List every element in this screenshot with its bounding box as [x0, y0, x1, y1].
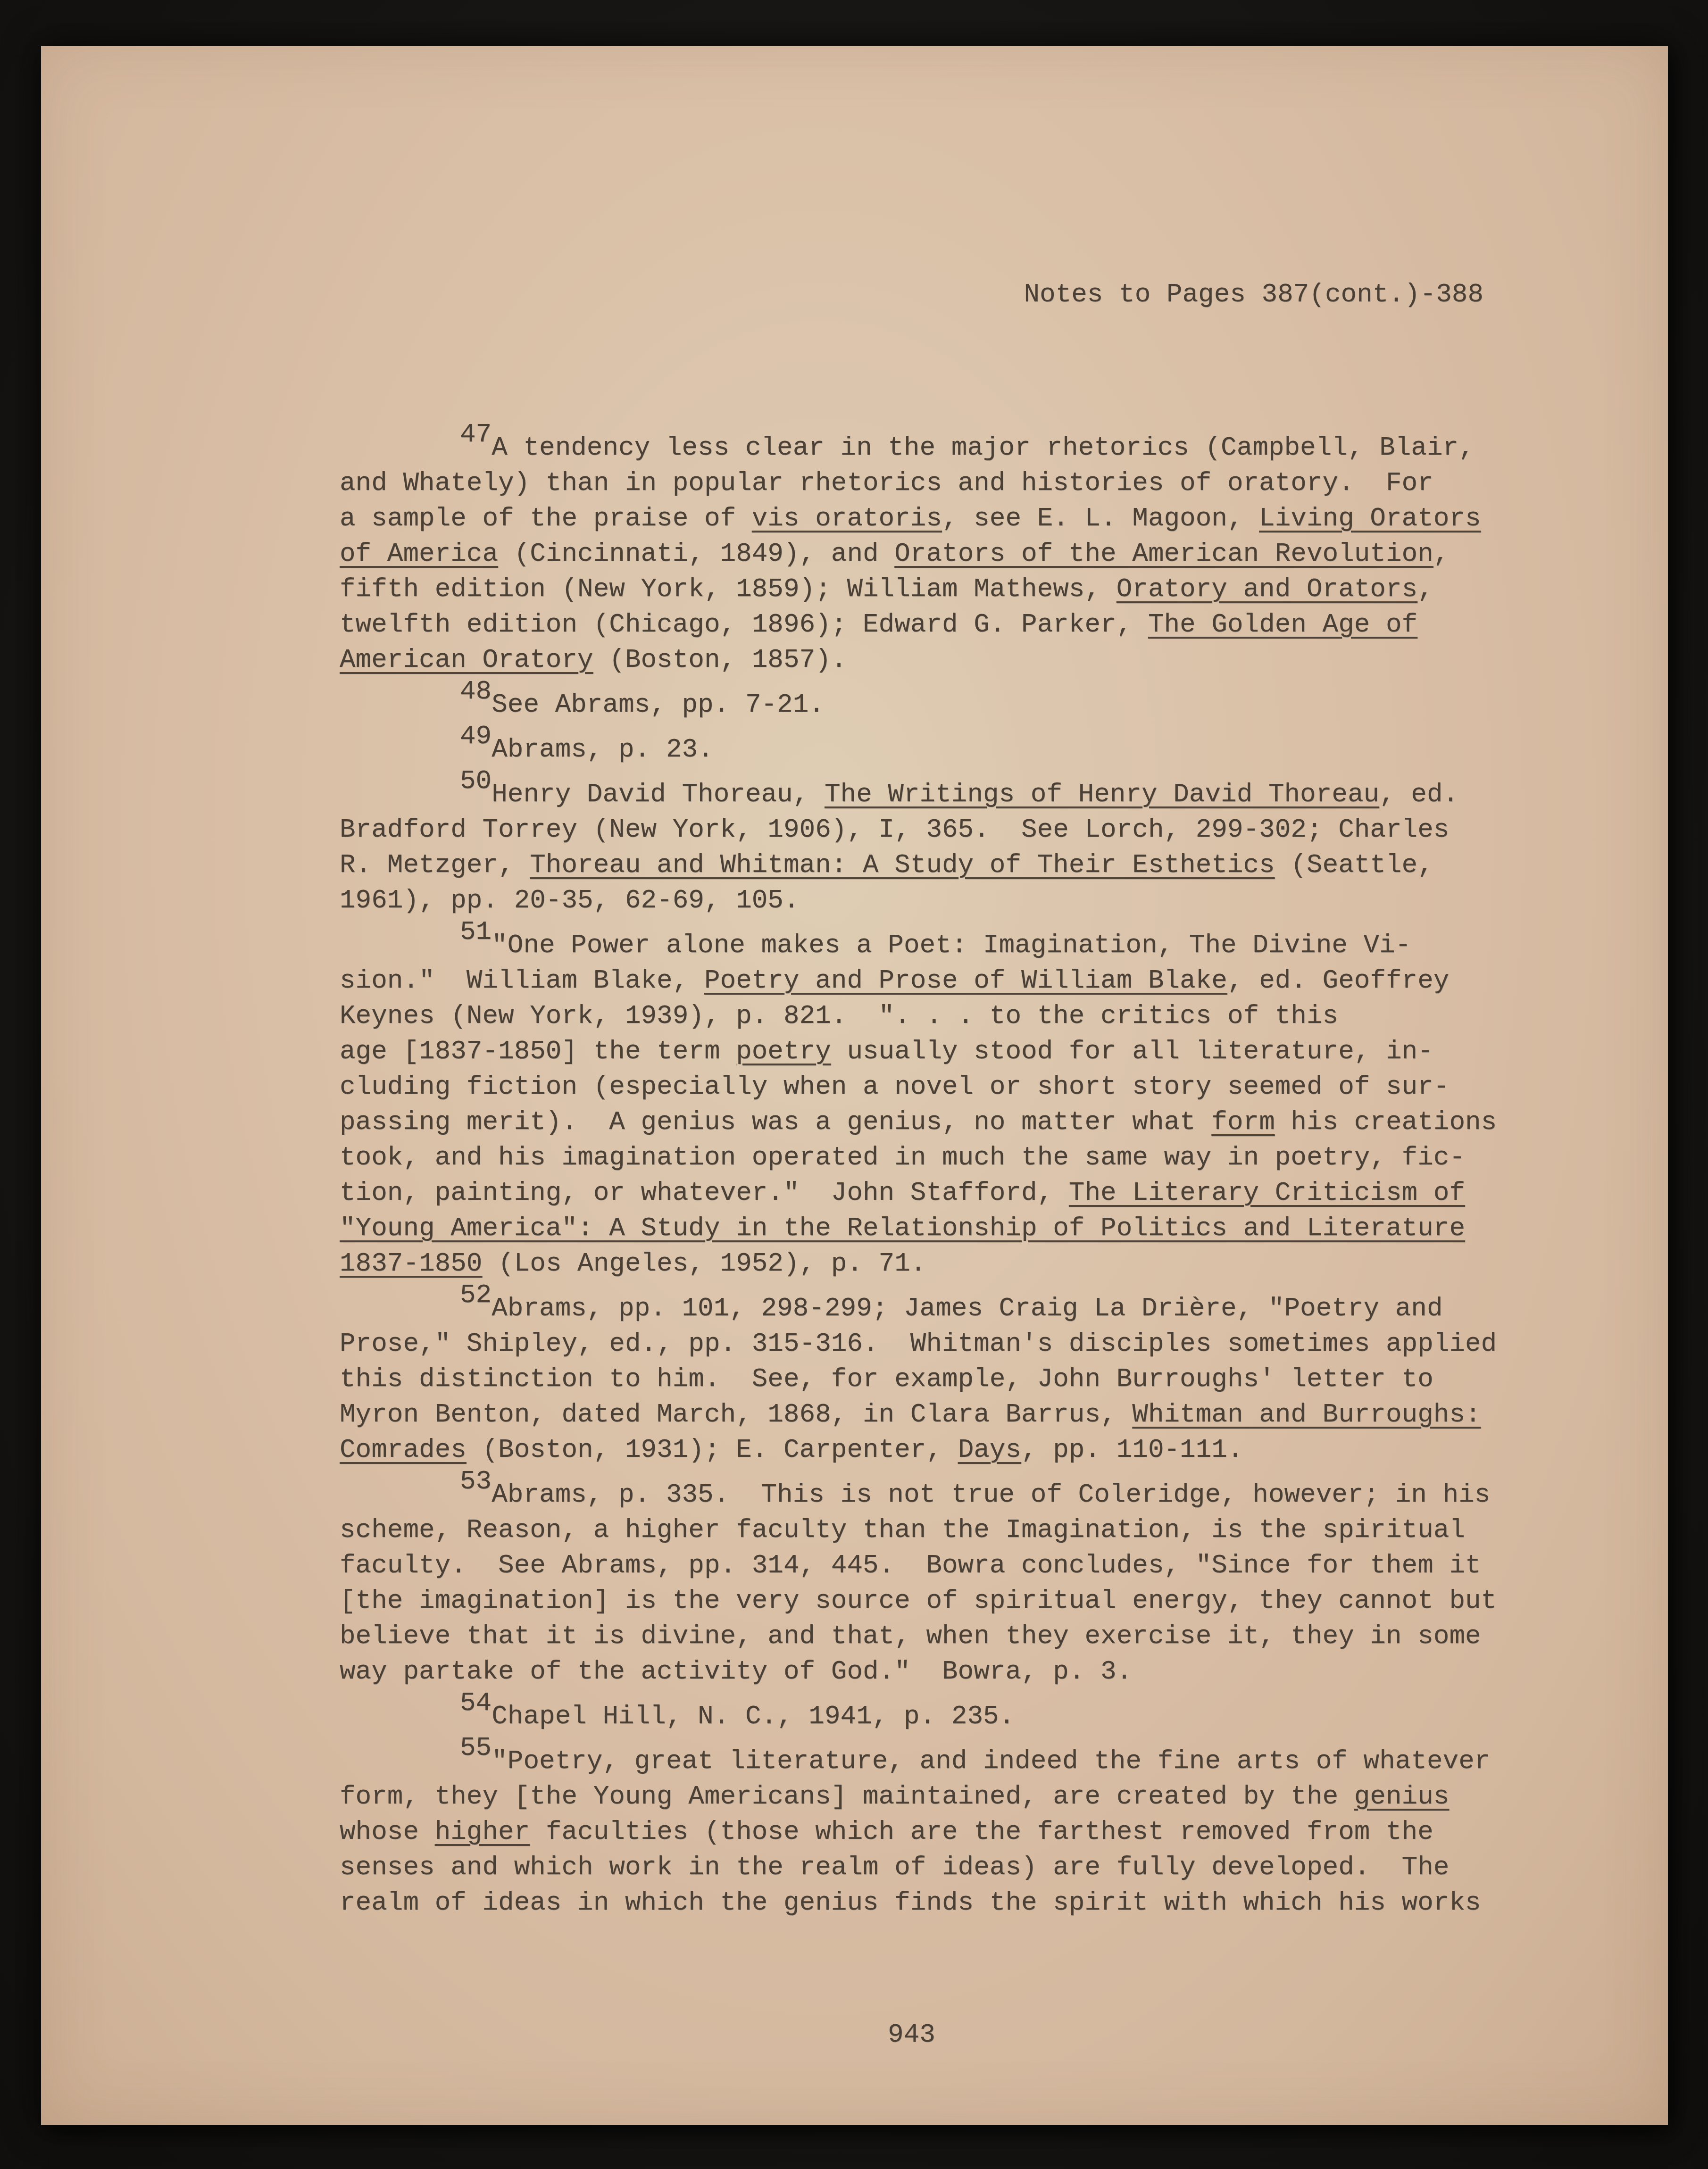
- footnote-line: Keynes (New York, 1939), p. 821. ". . . …: [340, 998, 1500, 1034]
- underlined-text: "Young America": A Study in the Relation…: [340, 1213, 1465, 1243]
- text-segment: whose: [340, 1817, 435, 1847]
- footnote-line: 51"One Power alone makes a Poet: Imagina…: [340, 928, 1500, 963]
- footnote-number: 49: [460, 721, 492, 751]
- footnote-line: 49Abrams, p. 23.: [340, 732, 1500, 767]
- text-segment: fifth edition (New York, 1859); William …: [340, 574, 1116, 604]
- underlined-text: American Oratory: [340, 645, 593, 675]
- footnote-50: 50Henry David Thoreau, The Writings of H…: [340, 777, 1500, 918]
- underlined-text: The Writings of Henry David Thoreau: [825, 779, 1379, 809]
- text-segment: [the imagination] is the very source of …: [340, 1586, 1497, 1616]
- footnote-line: 50Henry David Thoreau, The Writings of H…: [340, 777, 1500, 812]
- footnote-line: senses and which work in the realm of id…: [340, 1850, 1500, 1885]
- footnote-line: realm of ideas in which the genius finds…: [340, 1885, 1500, 1920]
- text-segment: Bradford Torrey (New York, 1906), I, 365…: [340, 814, 1449, 845]
- underlined-text: Orators of the American Revolution: [894, 539, 1433, 569]
- underlined-text: Living Orators: [1259, 503, 1481, 533]
- footnote-line: [the imagination] is the very source of …: [340, 1583, 1500, 1619]
- underlined-text: 1837-1850: [340, 1248, 482, 1279]
- footnote-line: scheme, Reason, a higher faculty than th…: [340, 1512, 1500, 1548]
- text-segment: (Los Angeles, 1952), p. 71.: [482, 1248, 926, 1279]
- text-segment: "One Power alone makes a Poet: Imaginati…: [492, 930, 1411, 960]
- underlined-text: form: [1211, 1107, 1275, 1137]
- footnote-line: R. Metzger, Thoreau and Whitman: A Study…: [340, 848, 1500, 883]
- text-segment: senses and which work in the realm of id…: [340, 1852, 1449, 1882]
- footnote-line: 53Abrams, p. 335. This is not true of Co…: [340, 1477, 1500, 1512]
- underlined-text: Poetry and Prose of William Blake: [704, 965, 1227, 996]
- footnote-line: "Young America": A Study in the Relation…: [340, 1211, 1500, 1246]
- underlined-text: Days: [958, 1435, 1021, 1465]
- text-segment: Prose," Shipley, ed., pp. 315-316. Whitm…: [340, 1329, 1497, 1359]
- underlined-text: poetry: [736, 1036, 831, 1066]
- text-segment: faculties (those which are the farthest …: [530, 1817, 1433, 1847]
- text-segment: age [1837-1850] the term: [340, 1036, 736, 1066]
- text-segment: sion." William Blake,: [340, 965, 704, 996]
- text-segment: way partake of the activity of God." Bow…: [340, 1656, 1132, 1687]
- text-segment: took, and his imagination operated in mu…: [340, 1142, 1465, 1172]
- footnote-number: 52: [460, 1280, 492, 1310]
- footnote-line: American Oratory (Boston, 1857).: [340, 642, 1500, 678]
- text-segment: (Cincinnati, 1849), and: [498, 539, 894, 569]
- text-segment: , see E. L. Magoon,: [942, 503, 1259, 533]
- footnote-line: and Whately) than in popular rhetorics a…: [340, 465, 1500, 501]
- footnote-line: fifth edition (New York, 1859); William …: [340, 572, 1500, 607]
- footnote-number: 48: [460, 676, 492, 706]
- text-segment: , pp. 110-111.: [1021, 1435, 1243, 1465]
- text-segment: this distinction to him. See, for exampl…: [340, 1364, 1433, 1394]
- footnote-53: 53Abrams, p. 335. This is not true of Co…: [340, 1477, 1500, 1689]
- footnote-49: 49Abrams, p. 23.: [340, 732, 1500, 767]
- footnote-line: 54Chapel Hill, N. C., 1941, p. 235.: [340, 1699, 1500, 1734]
- text-segment: a sample of the praise of: [340, 503, 752, 533]
- footnote-47: 47A tendency less clear in the major rhe…: [340, 430, 1500, 678]
- text-segment: twelfth edition (Chicago, 1896); Edward …: [340, 609, 1148, 640]
- text-segment: Abrams, pp. 101, 298-299; James Craig La…: [492, 1293, 1442, 1323]
- footnote-line: sion." William Blake, Poetry and Prose o…: [340, 963, 1500, 998]
- footnote-line: way partake of the activity of God." Bow…: [340, 1654, 1500, 1689]
- text-segment: cluding fiction (especially when a novel…: [340, 1072, 1449, 1102]
- footnote-55: 55"Poetry, great literature, and indeed …: [340, 1744, 1500, 1920]
- footnote-line: Bradford Torrey (New York, 1906), I, 365…: [340, 812, 1500, 848]
- text-segment: passing merit). A genius was a genius, n…: [340, 1107, 1211, 1137]
- underlined-text: vis oratoris: [752, 503, 942, 533]
- text-segment: (Boston, 1857).: [593, 645, 847, 675]
- footnote-number: 55: [460, 1733, 492, 1763]
- footnote-line: believe that it is divine, and that, whe…: [340, 1619, 1500, 1654]
- text-segment: usually stood for all literature, in-: [831, 1036, 1433, 1066]
- footnote-54: 54Chapel Hill, N. C., 1941, p. 235.: [340, 1699, 1500, 1734]
- footnote-number: 54: [460, 1688, 492, 1718]
- footnote-line: this distinction to him. See, for exampl…: [340, 1362, 1500, 1397]
- text-segment: , ed. Geoffrey: [1227, 965, 1449, 996]
- text-segment: and Whately) than in popular rhetorics a…: [340, 468, 1433, 498]
- footnote-line: passing merit). A genius was a genius, n…: [340, 1105, 1500, 1140]
- text-segment: Myron Benton, dated March, 1868, in Clar…: [340, 1399, 1132, 1429]
- footnote-line: 55"Poetry, great literature, and indeed …: [340, 1744, 1500, 1779]
- footnote-48: 48See Abrams, pp. 7-21.: [340, 687, 1500, 723]
- notes-body: 47A tendency less clear in the major rhe…: [340, 430, 1500, 1920]
- footnote-line: took, and his imagination operated in mu…: [340, 1140, 1500, 1175]
- text-segment: , ed.: [1379, 779, 1458, 809]
- footnote-line: 52Abrams, pp. 101, 298-299; James Craig …: [340, 1291, 1500, 1326]
- footnote-line: age [1837-1850] the term poetry usually …: [340, 1034, 1500, 1069]
- underlined-text: Comrades: [340, 1435, 467, 1465]
- underlined-text: Whitman and Burroughs:: [1132, 1399, 1481, 1429]
- text-segment: ,: [1417, 574, 1433, 604]
- underlined-text: Oratory and Orators: [1116, 574, 1418, 604]
- text-segment: "Poetry, great literature, and indeed th…: [492, 1746, 1490, 1776]
- footnote-52: 52Abrams, pp. 101, 298-299; James Craig …: [340, 1291, 1500, 1468]
- footnote-number: 50: [460, 766, 492, 796]
- footnote-line: cluding fiction (especially when a novel…: [340, 1069, 1500, 1105]
- typewritten-content: Notes to Pages 387(cont.)-388 47A tenden…: [340, 206, 1500, 2123]
- page-number: 943: [340, 2017, 1483, 2053]
- text-segment: Abrams, p. 23.: [492, 734, 713, 765]
- text-segment: ,: [1433, 539, 1450, 569]
- text-segment: (Seattle,: [1275, 850, 1433, 880]
- underlined-text: The Literary Criticism of: [1069, 1178, 1465, 1208]
- text-segment: 1961), pp. 20-35, 62-69, 105.: [340, 885, 800, 915]
- footnote-line: 47A tendency less clear in the major rhe…: [340, 430, 1500, 465]
- text-segment: realm of ideas in which the genius finds…: [340, 1887, 1481, 1918]
- footnote-line: 1961), pp. 20-35, 62-69, 105.: [340, 883, 1500, 918]
- text-segment: Chapel Hill, N. C., 1941, p. 235.: [492, 1701, 1015, 1731]
- text-segment: tion, painting, or whatever." John Staff…: [340, 1178, 1069, 1208]
- footnote-line: 48See Abrams, pp. 7-21.: [340, 687, 1500, 723]
- underlined-text: of America: [340, 539, 498, 569]
- text-segment: scheme, Reason, a higher faculty than th…: [340, 1515, 1465, 1545]
- text-segment: form, they [the Young Americans] maintai…: [340, 1781, 1354, 1812]
- text-segment: A tendency less clear in the major rheto…: [492, 432, 1475, 463]
- footnote-number: 47: [460, 419, 492, 449]
- footnote-line: tion, painting, or whatever." John Staff…: [340, 1175, 1500, 1211]
- text-segment: R. Metzger,: [340, 850, 530, 880]
- text-segment: faculty. See Abrams, pp. 314, 445. Bowra…: [340, 1550, 1481, 1580]
- footnote-line: 1837-1850 (Los Angeles, 1952), p. 71.: [340, 1246, 1500, 1281]
- footnote-line: Comrades (Boston, 1931); E. Carpenter, D…: [340, 1432, 1500, 1468]
- footnote-line: form, they [the Young Americans] maintai…: [340, 1779, 1500, 1814]
- document-page: Notes to Pages 387(cont.)-388 47A tenden…: [41, 46, 1668, 2125]
- footnote-51: 51"One Power alone makes a Poet: Imagina…: [340, 928, 1500, 1281]
- text-segment: Henry David Thoreau,: [492, 779, 825, 809]
- footnote-number: 51: [460, 917, 492, 947]
- text-segment: Keynes (New York, 1939), p. 821. ". . . …: [340, 1001, 1338, 1031]
- running-head: Notes to Pages 387(cont.)-388: [340, 277, 1483, 312]
- underlined-text: genius: [1354, 1781, 1450, 1812]
- text-segment: (Boston, 1931); E. Carpenter,: [467, 1435, 958, 1465]
- text-segment: believe that it is divine, and that, whe…: [340, 1621, 1481, 1651]
- footnote-line: twelfth edition (Chicago, 1896); Edward …: [340, 607, 1500, 642]
- footnote-number: 53: [460, 1466, 492, 1496]
- underlined-text: higher: [435, 1817, 530, 1847]
- footnote-line: of America (Cincinnati, 1849), and Orato…: [340, 536, 1500, 572]
- footnote-line: whose higher faculties (those which are …: [340, 1814, 1500, 1850]
- underlined-text: Thoreau and Whitman: A Study of Their Es…: [530, 850, 1275, 880]
- footnote-line: Myron Benton, dated March, 1868, in Clar…: [340, 1397, 1500, 1432]
- underlined-text: The Golden Age of: [1148, 609, 1417, 640]
- footnote-line: Prose," Shipley, ed., pp. 315-316. Whitm…: [340, 1326, 1500, 1362]
- footnote-line: faculty. See Abrams, pp. 314, 445. Bowra…: [340, 1548, 1500, 1583]
- text-segment: his creations: [1275, 1107, 1497, 1137]
- text-segment: See Abrams, pp. 7-21.: [492, 690, 825, 720]
- footnote-line: a sample of the praise of vis oratoris, …: [340, 501, 1500, 536]
- text-segment: Abrams, p. 335. This is not true of Cole…: [492, 1479, 1490, 1510]
